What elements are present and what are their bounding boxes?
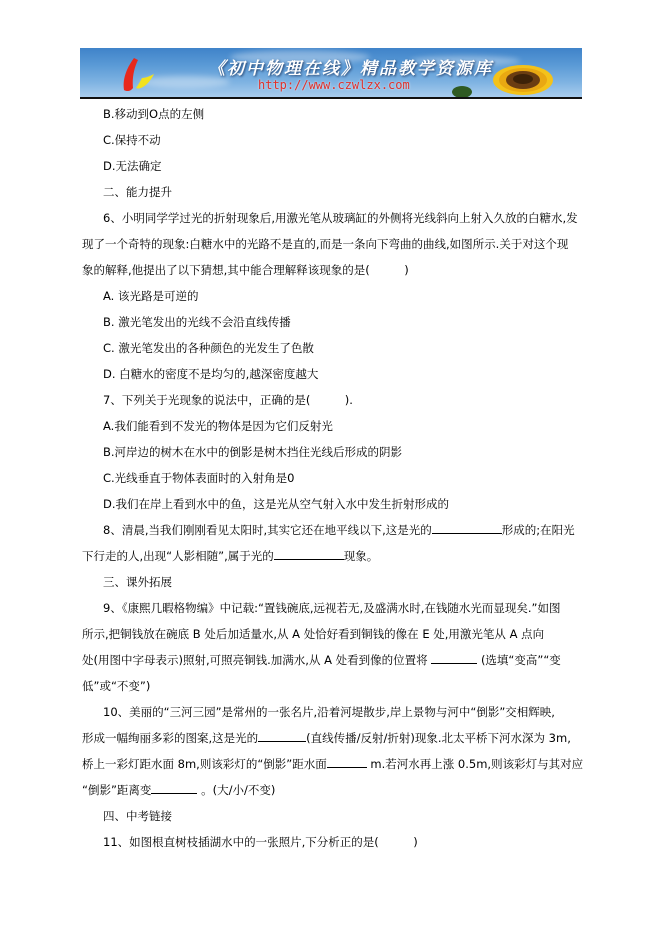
banner-url: http://www.czwlzx.com bbox=[258, 78, 410, 92]
q6-stem-line-3: 象的解释,他提出了以下猜想,其中能合理解释该现象的是( ) bbox=[82, 257, 582, 283]
q10-line-4: “倒影”距离变 。(大/小/不变) bbox=[82, 777, 582, 803]
q10-text: “倒影”距离变 bbox=[82, 783, 151, 797]
q8-text: 形成的;在阳光 bbox=[502, 523, 575, 537]
q8-text: 现象。 bbox=[344, 549, 379, 563]
q7-option-d: D.我们在岸上看到水中的鱼，这是光从空气射入水中发生折射形成的 bbox=[82, 491, 582, 517]
q10-text: m.若河水再上涨 0.5m,则该彩灯与其对应 bbox=[370, 757, 583, 771]
q6-option-a: A. 该光路是可逆的 bbox=[82, 283, 582, 309]
q8-line-2: 下行走的人,出现“人影相随”,属于光的现象。 bbox=[82, 543, 582, 569]
q10-line-2: 形成一幅绚丽多彩的图案,这是光的(直线传播/反射/折射)现象.北太平桥下河水深为… bbox=[82, 725, 582, 751]
q6-stem-line-1: 6、小明同学学过光的折射现象后,用激光笔从玻璃缸的外侧将光线斜向上射入久放的白糖… bbox=[82, 205, 582, 231]
q9-line-1: 9、《康熙几暇格物编》中记载:“置钱碗底,远视若无,及盛满水时,在钱随水光而显现… bbox=[82, 595, 582, 621]
banner-divider bbox=[80, 97, 582, 99]
leaf-decoration bbox=[452, 86, 472, 97]
q7-option-b: B.河岸边的树木在水中的倒影是树木挡住光线后形成的阴影 bbox=[82, 439, 582, 465]
q10-text: 。(大/小/不变) bbox=[201, 783, 275, 797]
section-heading-3: 三、课外拓展 bbox=[82, 569, 582, 595]
q6-option-c: C. 激光笔发出的各种颜色的光发生了色散 bbox=[82, 335, 582, 361]
q7-stem: 7、下列关于光现象的说法中，正确的是( ). bbox=[82, 387, 582, 413]
q10-line-1: 10、美丽的“三河三园”是常州的一张名片,沿着河堤散步,岸上景物与河中“倒影”交… bbox=[82, 699, 582, 725]
q10-line-3: 桥上一彩灯距水面 8m,则该彩灯的“倒影”距水面 m.若河水再上涨 0.5m,则… bbox=[82, 751, 582, 777]
q9-answer-blank[interactable] bbox=[431, 649, 477, 664]
q6-option-b: B. 激光笔发出的光线不会沿直线传播 bbox=[82, 309, 582, 335]
header-banner: 《初中物理在线》精品教学资源库 http://www.czwlzx.com bbox=[80, 48, 582, 97]
q10-text: 形成一幅绚丽多彩的图案,这是光的 bbox=[82, 731, 258, 745]
q10-text: (直线传播/反射/折射)现象.北太平桥下河水深为 3m, bbox=[306, 731, 571, 745]
q8-text: 8、清晨,当我们刚刚看见太阳时,其实它还在地平线以下,这是光的 bbox=[103, 523, 432, 537]
section-heading-4: 四、中考链接 bbox=[82, 803, 582, 829]
q9-text: (选填“变高”“变 bbox=[481, 653, 561, 667]
q10-answer-blank-3[interactable] bbox=[151, 779, 197, 794]
document-body: B.移动到O点的左侧 C.保持不动 D.无法确定 二、能力提升 6、小明同学学过… bbox=[82, 101, 582, 855]
q9-line-2: 所示,把铜钱放在碗底 B 处后加适量水,从 A 处恰好看到铜钱的像在 E 处,用… bbox=[82, 621, 582, 647]
q5-option-d: D.无法确定 bbox=[82, 153, 582, 179]
sunflower-icon bbox=[492, 62, 554, 96]
q10-answer-blank-1[interactable] bbox=[258, 727, 306, 742]
q7-option-a: A.我们能看到不发光的物体是因为它们反射光 bbox=[82, 413, 582, 439]
banner-title: 《初中物理在线》精品教学资源库 bbox=[208, 54, 493, 79]
q7-option-c: C.光线垂直于物体表面时的入射角是0 bbox=[82, 465, 582, 491]
q10-text: 桥上一彩灯距水面 8m,则该彩灯的“倒影”距水面 bbox=[82, 757, 327, 771]
q11-stem: 11、如图根直树枝插湖水中的一张照片,下分析正的是( ) bbox=[82, 829, 582, 855]
site-logo-icon bbox=[118, 56, 158, 96]
q5-option-b: B.移动到O点的左侧 bbox=[82, 101, 582, 127]
q6-option-d: D. 白糖水的密度不是均匀的,越深密度越大 bbox=[82, 361, 582, 387]
q10-answer-blank-2[interactable] bbox=[327, 753, 367, 768]
q8-answer-blank-1[interactable] bbox=[432, 519, 502, 534]
section-heading-2: 二、能力提升 bbox=[82, 179, 582, 205]
q9-text: 处(用图中字母表示)照射,可照亮铜钱.加满水,从 A 处看到像的位置将 bbox=[82, 653, 428, 667]
q6-stem-line-2: 现了一个奇特的现象:白糖水中的光路不是直的,而是一条向下弯曲的曲线,如图所示.关… bbox=[82, 231, 582, 257]
q8-answer-blank-2[interactable] bbox=[274, 545, 344, 560]
q9-line-4: 低”或“不变”) bbox=[82, 673, 582, 699]
q5-option-c: C.保持不动 bbox=[82, 127, 582, 153]
q8-line-1: 8、清晨,当我们刚刚看见太阳时,其实它还在地平线以下,这是光的形成的;在阳光 bbox=[82, 517, 582, 543]
q8-text: 下行走的人,出现“人影相随”,属于光的 bbox=[82, 549, 274, 563]
q9-line-3: 处(用图中字母表示)照射,可照亮铜钱.加满水,从 A 处看到像的位置将 (选填“… bbox=[82, 647, 582, 673]
